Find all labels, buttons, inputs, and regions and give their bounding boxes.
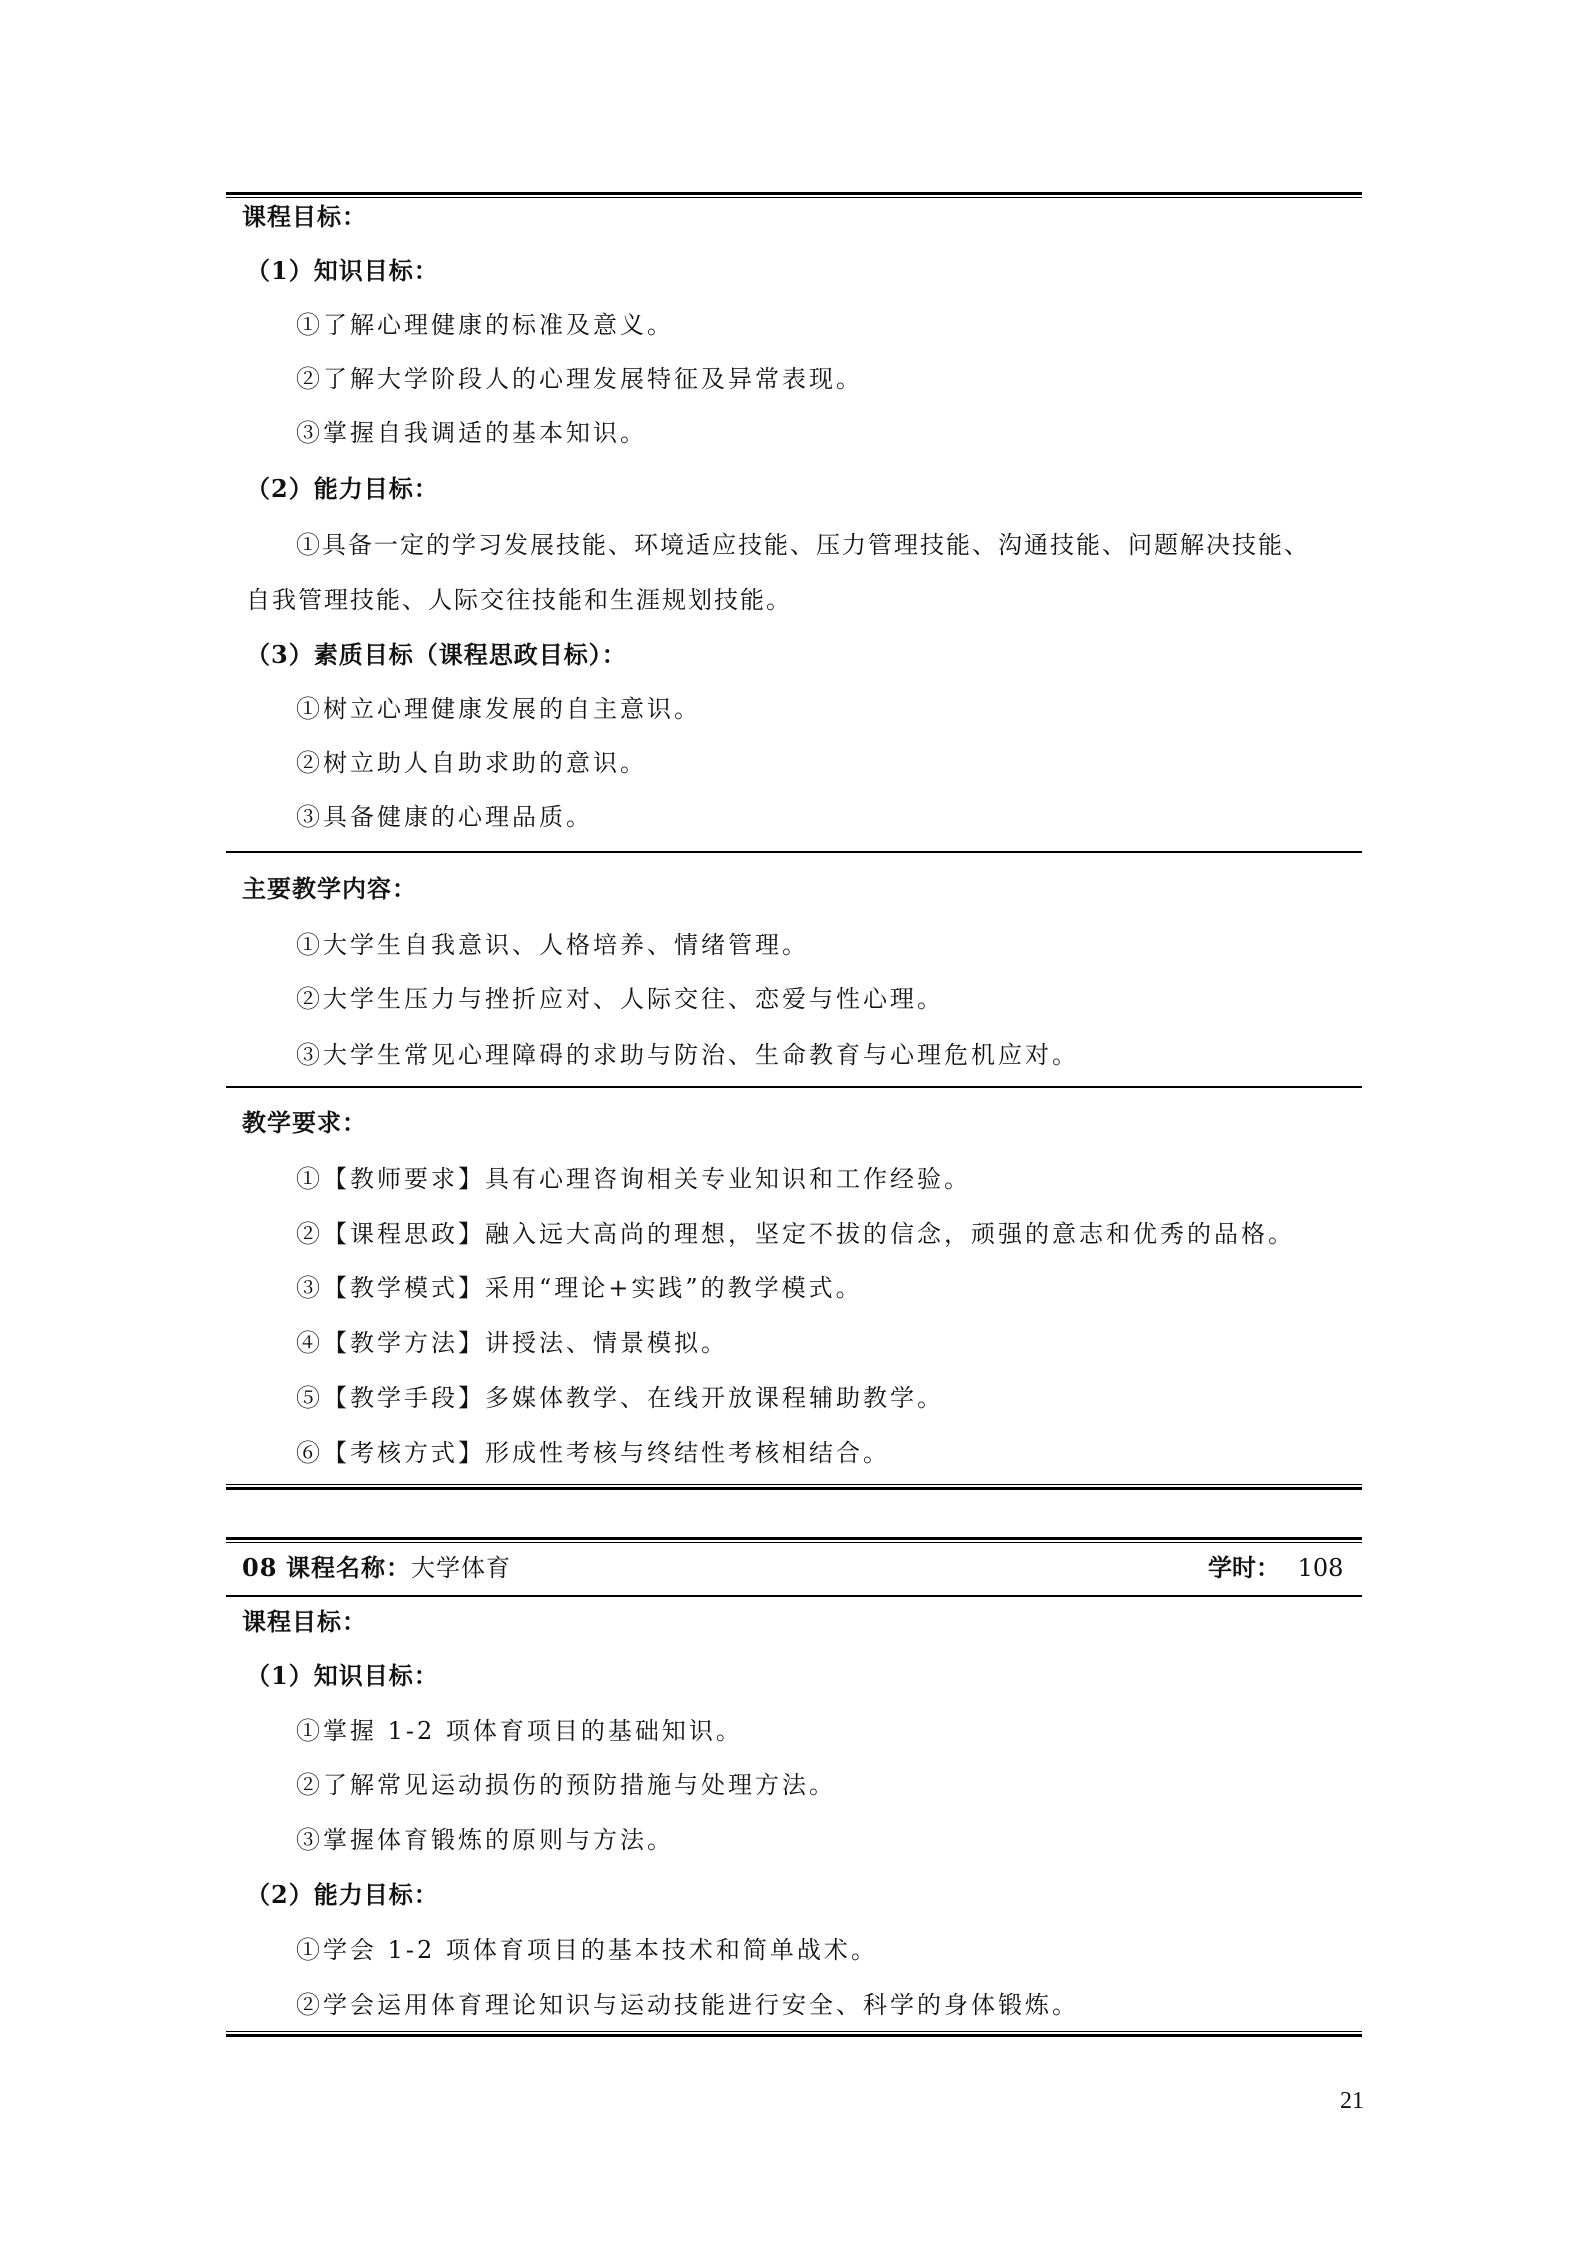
knowledge-goals-heading: （1）知识目标： [246, 256, 439, 286]
course-hours-label: 学时： [1208, 1553, 1280, 1582]
quality-goal-item: ③具备健康的心理品质。 [296, 802, 593, 832]
rule-divider [226, 1086, 1362, 1088]
page-number: 21 [1340, 2088, 1364, 2115]
rule-divider [226, 851, 1362, 853]
rule-top-thick [226, 1537, 1362, 1540]
teaching-content-heading: 主要教学内容： [242, 874, 417, 904]
course-title-row: 08 课程名称：大学体育 [242, 1553, 511, 1583]
knowledge-goal-item: ①掌握 1-2 项体育项目的基础知识。 [296, 1716, 743, 1746]
ability-goals-heading: （2）能力目标： [246, 1880, 439, 1910]
teaching-content-item: ③大学生常见心理障碍的求助与防治、生命教育与心理危机应对。 [296, 1040, 1079, 1070]
rule-bottom-thin [226, 2031, 1362, 2032]
rule-bottom-thick [226, 1487, 1362, 1490]
teaching-requirements-heading: 教学要求： [242, 1108, 367, 1138]
course-number: 08 [242, 1553, 277, 1582]
teaching-requirement-item: ⑥【考核方式】形成性考核与终结性考核相结合。 [296, 1438, 890, 1468]
teaching-requirement-item: ①【教师要求】具有心理咨询相关专业知识和工作经验。 [296, 1164, 971, 1194]
knowledge-goal-item: ③掌握体育锻炼的原则与方法。 [296, 1825, 674, 1855]
knowledge-goals-heading: （1）知识目标： [246, 1661, 439, 1691]
quality-goal-item: ②树立助人自助求助的意识。 [296, 748, 647, 778]
ability-goal-item-continued: 自我管理技能、人际交往技能和生涯规划技能。 [246, 585, 792, 615]
ability-goal-item: ②学会运用体育理论知识与运动技能进行安全、科学的身体锻炼。 [296, 1990, 1079, 2020]
course-name-value: 大学体育 [411, 1554, 511, 1582]
ability-goals-heading: （2）能力目标： [246, 474, 439, 504]
teaching-requirement-item: ④【教学方法】讲授法、情景模拟。 [296, 1328, 728, 1358]
course-goals-heading: 课程目标： [242, 202, 367, 232]
quality-goals-heading: （3）素质目标（课程思政目标）： [246, 640, 627, 670]
knowledge-goal-item: ③掌握自我调适的基本知识。 [296, 418, 647, 448]
knowledge-goal-item: ②了解大学阶段人的心理发展特征及异常表现。 [296, 364, 863, 394]
teaching-content-item: ②大学生压力与挫折应对、人际交往、恋爱与性心理。 [296, 984, 944, 1014]
teaching-requirement-item: ②【课程思政】融入远大高尚的理想，坚定不拔的信念，顽强的意志和优秀的品格。 [296, 1219, 1295, 1249]
course-goals-heading: 课程目标： [242, 1607, 367, 1637]
course-name-label: 课程名称： [286, 1553, 411, 1582]
teaching-requirement-item: ⑤【教学手段】多媒体教学、在线开放课程辅助教学。 [296, 1383, 944, 1413]
quality-goal-item: ①树立心理健康发展的自主意识。 [296, 694, 701, 724]
ability-goal-item: ①具备一定的学习发展技能、环境适应技能、压力管理技能、沟通技能、问题解决技能、 [296, 530, 1310, 560]
rule-divider [226, 1595, 1362, 1597]
knowledge-goal-item: ②了解常见运动损伤的预防措施与处理方法。 [296, 1770, 836, 1800]
document-page: 课程目标： （1）知识目标： ①了解心理健康的标准及意义。 ②了解大学阶段人的心… [0, 0, 1587, 2245]
rule-top-thick [226, 192, 1362, 195]
rule-bottom-thin [226, 1484, 1362, 1485]
course-hours: 学时： 108 [1208, 1553, 1343, 1583]
knowledge-goal-item: ①了解心理健康的标准及意义。 [296, 310, 674, 340]
rule-bottom-thick [226, 2034, 1362, 2037]
course-hours-value: 108 [1298, 1554, 1344, 1582]
rule-top-thin [226, 197, 1362, 198]
teaching-content-item: ①大学生自我意识、人格培养、情绪管理。 [296, 930, 809, 960]
teaching-requirement-item: ③【教学模式】采用“理论+实践”的教学模式。 [296, 1273, 863, 1303]
ability-goal-item: ①学会 1-2 项体育项目的基本技术和简单战术。 [296, 1935, 878, 1965]
rule-top-thin [226, 1542, 1362, 1543]
